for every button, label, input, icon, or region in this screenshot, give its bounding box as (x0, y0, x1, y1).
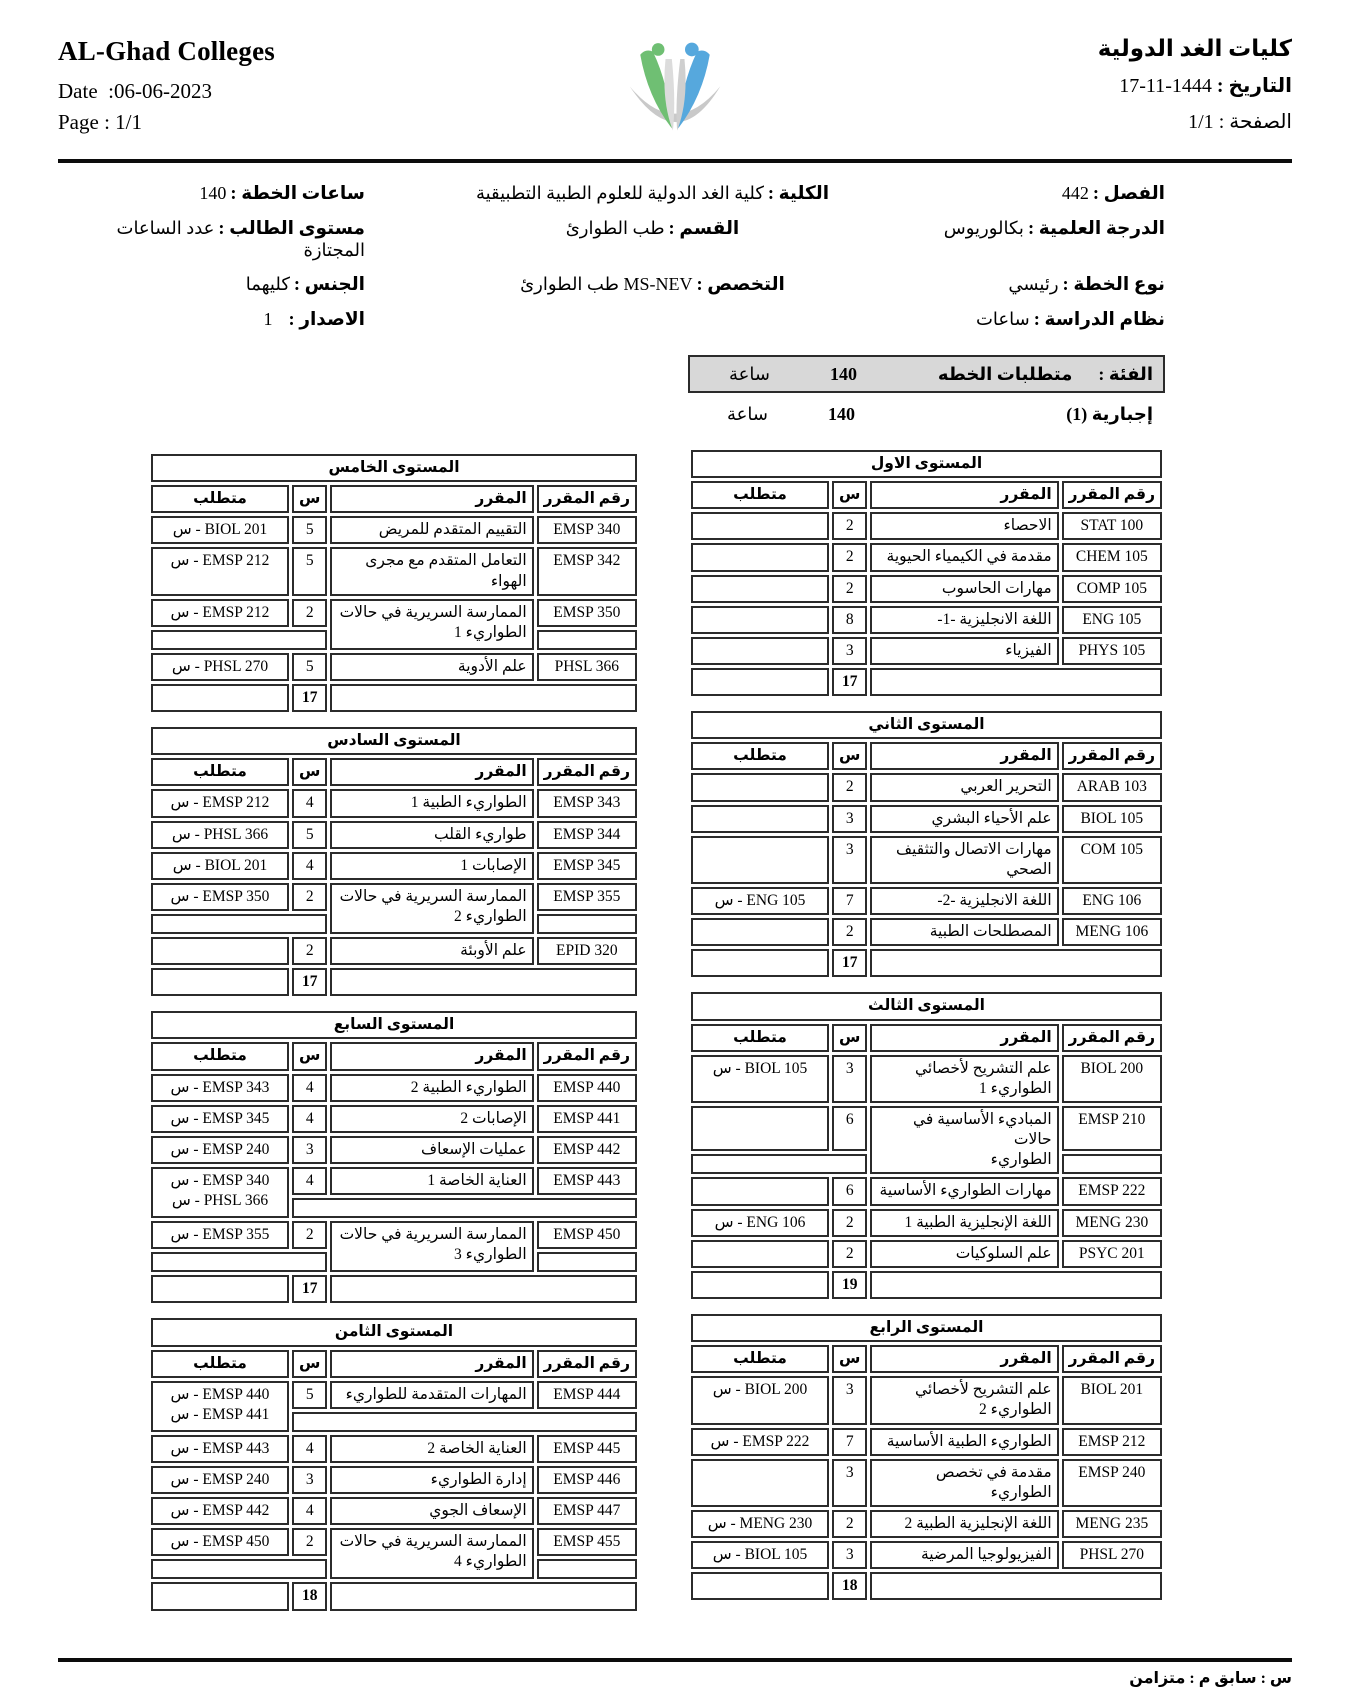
study-plan-page: AL-Ghad Colleges Date :06-06-2023 Page :… (0, 0, 1350, 1696)
course-prereq-cell: EMSP 222 - س (691, 1428, 829, 1456)
course-row: PHSL 366علم الأدوية5PHSL 270 - س (151, 653, 637, 681)
course-code-cell: EMSP 455 (537, 1528, 637, 1556)
course-code-cell: EMSP 344 (537, 821, 637, 849)
course-prereq-cell: EMSP 340 - سPHSL 366 - س (151, 1167, 289, 1218)
course-code-cell: MENG 235 (1062, 1510, 1162, 1538)
column-header-row: رقم المقررالمقررسمتطلب (151, 1042, 637, 1070)
spacer-cell (691, 949, 829, 977)
course-code-cell: EMSP 340 (537, 516, 637, 544)
course-name-cell: الفيزياء (870, 637, 1058, 665)
spacer-cell (151, 968, 289, 996)
course-hours-cell: 4 (292, 789, 327, 817)
col-header-course: المقرر (870, 742, 1058, 770)
page-footer: س : سابق م : متزامن (58, 1658, 1292, 1688)
col-header-hours: س (832, 742, 867, 770)
page-header: AL-Ghad Colleges Date :06-06-2023 Page :… (0, 0, 1350, 145)
course-prereq-cell (691, 1459, 829, 1507)
course-row: EMSP 210المباديء الأساسية في حالاتالطوار… (691, 1106, 1162, 1151)
course-hours-cell: 4 (292, 1167, 327, 1195)
level-title-row: المستوى الثامن (151, 1318, 637, 1346)
course-prereq-cell: EMSP 240 - س (151, 1466, 289, 1494)
level-table-2: المستوى الثانيرقم المقررالمقررسمتطلبARAB… (688, 708, 1165, 980)
plan-info-block: الفصل : 442 الكلية : كلية الغد الدولية ل… (65, 183, 1165, 331)
course-hours-cell: 5 (292, 653, 327, 681)
course-code-cell: PHSL 366 (537, 653, 637, 681)
course-row: EMSP 445العناية الخاصة 24EMSP 443 - س (151, 1435, 637, 1463)
empty-cell (151, 1559, 327, 1579)
info-semester: الفصل : 442 (940, 183, 1165, 205)
levels-area: المستوى الخامسرقم المقررالمقررسمتطلبEMSP… (148, 355, 1165, 1623)
empty-cell (292, 1198, 637, 1218)
spacer-cell (330, 968, 637, 996)
info-department: القسم : طب الطوارئ (365, 218, 940, 261)
course-code-cell: EMSP 343 (537, 789, 637, 817)
level-total-hours: 18 (292, 1582, 327, 1610)
course-row: BIOL 200علم التشريح لأخصائي الطواريء 13B… (691, 1055, 1162, 1103)
empty-cell (151, 914, 327, 934)
course-code-cell: MENG 230 (1062, 1209, 1162, 1237)
course-name-cell: الممارسة السريرية في حالاتالطواريء 1 (330, 599, 533, 650)
course-code-cell: BIOL 105 (1062, 805, 1162, 833)
info-gender: الجنس : كليهما (65, 274, 365, 296)
info-degree: الدرجة العلمية : بكالوريوس (940, 218, 1165, 261)
course-code-cell: MENG 106 (1062, 918, 1162, 946)
spacer-cell (330, 1275, 637, 1303)
course-code-cell: EMSP 441 (537, 1105, 637, 1133)
level-table-8: المستوى الثامنرقم المقررالمقررسمتطلبEMSP… (148, 1315, 640, 1613)
course-prereq-cell: EMSP 350 - س (151, 883, 289, 911)
empty-cell (537, 630, 637, 650)
level-title: المستوى الخامس (151, 454, 637, 482)
level-table-6: المستوى السادسرقم المقررالمقررسمتطلبEMSP… (148, 724, 640, 999)
course-hours-cell: 3 (292, 1466, 327, 1494)
level-total-hours: 17 (292, 968, 327, 996)
course-prereq-cell (691, 1240, 829, 1268)
column-header-row: رقم المقررالمقررسمتطلب (151, 1350, 637, 1378)
course-hours-cell: 4 (292, 1074, 327, 1102)
course-hours-cell: 3 (832, 637, 867, 665)
course-name-cell: الإصابات 1 (330, 852, 533, 880)
spacer-cell (691, 1572, 829, 1600)
course-row: EMSP 447الإسعاف الجوي4EMSP 442 - س (151, 1497, 637, 1525)
course-name-cell: إدارة الطواريء (330, 1466, 533, 1494)
course-hours-cell: 2 (832, 575, 867, 603)
course-code-cell: BIOL 200 (1062, 1055, 1162, 1103)
course-row: PHYS 105الفيزياء3 (691, 637, 1162, 665)
level-total-row: 17 (151, 684, 637, 712)
col-header-course: المقرر (330, 485, 533, 513)
course-row: EMSP 350الممارسة السريرية في حالاتالطوار… (151, 599, 637, 627)
course-row: BIOL 105علم الأحياء البشري3 (691, 805, 1162, 833)
course-name-cell: علم السلوكيات (870, 1240, 1058, 1268)
course-name-cell: علم الأحياء البشري (870, 805, 1058, 833)
page-value-en: : 1/1 (104, 110, 142, 134)
course-prereq-cell (691, 1106, 829, 1151)
course-hours-cell: 8 (832, 606, 867, 634)
category-unit: ساعة (700, 364, 770, 385)
course-name-cell: الإسعاف الجوي (330, 1497, 533, 1525)
course-name-cell: اللغة الإنجليزية الطبية 1 (870, 1209, 1058, 1237)
course-name-cell: الفيزيولوجيا المرضية (870, 1541, 1058, 1569)
course-hours-cell: 2 (292, 1528, 327, 1556)
col-header-prereq: متطلب (151, 758, 289, 786)
course-hours-cell: 4 (292, 1497, 327, 1525)
course-name-cell: اللغة الانجليزية -2- (870, 887, 1058, 915)
level-total-hours: 17 (292, 1275, 327, 1303)
column-header-row: رقم المقررالمقررسمتطلب (691, 1345, 1162, 1373)
column-header-row: رقم المقررالمقررسمتطلب (691, 1024, 1162, 1052)
course-prereq-cell (691, 575, 829, 603)
course-prereq-cell (691, 1177, 829, 1205)
course-name-cell: التقييم المتقدم للمريض (330, 516, 533, 544)
col-header-code: رقم المقرر (537, 485, 637, 513)
empty-cell (537, 1559, 637, 1579)
course-prereq-cell: BIOL 201 - س (151, 516, 289, 544)
level-title-row: المستوى السادس (151, 727, 637, 755)
column-header-row: رقم المقررالمقررسمتطلب (151, 485, 637, 513)
course-prereq-cell: BIOL 200 - س (691, 1376, 829, 1424)
course-hours-cell: 2 (832, 1240, 867, 1268)
course-code-cell: EPID 320 (537, 937, 637, 965)
course-prereq-cell (691, 805, 829, 833)
info-row: نظام الدراسة : ساعات الاصدار : 1 (65, 309, 1165, 331)
course-name-cell: عمليات الإسعاف (330, 1136, 533, 1164)
course-prereq-cell: EMSP 212 - س (151, 599, 289, 627)
course-row: EMSP 222مهارات الطواريء الأساسية6 (691, 1177, 1162, 1205)
course-prereq-cell (691, 512, 829, 540)
course-code-cell: EMSP 240 (1062, 1459, 1162, 1507)
course-hours-cell: 5 (292, 547, 327, 595)
course-name-cell: اللغة الانجليزية -1- (870, 606, 1058, 634)
course-row: EPID 320علم الأوبئة2 (151, 937, 637, 965)
course-name-cell: مقدمة في الكيمياء الحيوية (870, 543, 1058, 571)
course-code-cell: EMSP 210 (1062, 1106, 1162, 1151)
page-label-en: Page (58, 110, 99, 134)
course-name-cell: المصطلحات الطبية (870, 918, 1058, 946)
course-code-cell: EMSP 350 (537, 599, 637, 627)
spacer-cell (151, 684, 289, 712)
course-row: EMSP 342التعامل المتقدم مع مجرى الهواء5E… (151, 547, 637, 595)
org-name-en: AL-Ghad Colleges (58, 36, 478, 67)
spacer-cell (151, 1582, 289, 1610)
course-row: EMSP 212الطواريء الطبية الأساسية7EMSP 22… (691, 1428, 1162, 1456)
mandatory-label: إجبارية (1) (1066, 404, 1153, 425)
course-name-cell: التحرير العربي (870, 773, 1058, 801)
course-hours-cell: 6 (832, 1177, 867, 1205)
category-box: الفئة : متطلبات الخطه 140 ساعة (688, 355, 1165, 393)
course-code-cell: EMSP 442 (537, 1136, 637, 1164)
mandatory-unit: ساعة (698, 404, 768, 425)
course-hours-cell: 2 (832, 918, 867, 946)
col-header-prereq: متطلب (691, 481, 829, 509)
course-code-cell: EMSP 440 (537, 1074, 637, 1102)
col-header-prereq: متطلب (151, 1350, 289, 1378)
course-prereq-cell (691, 918, 829, 946)
course-code-cell: EMSP 345 (537, 852, 637, 880)
course-hours-cell: 5 (292, 516, 327, 544)
footer-divider (58, 1658, 1292, 1662)
page-value-ar: 1/1 (1188, 111, 1214, 133)
course-row: MENG 235اللغة الإنجليزية الطبية 22MENG 2… (691, 1510, 1162, 1538)
course-hours-cell: 3 (292, 1136, 327, 1164)
course-name-cell: الممارسة السريرية في حالاتالطواريء 2 (330, 883, 533, 934)
level-title-row: المستوى الاول (691, 450, 1162, 478)
date-value-ar: 1444-11-17 (1119, 75, 1212, 97)
info-college: الكلية : كلية الغد الدولية للعلوم الطبية… (365, 183, 940, 205)
col-header-hours: س (292, 1042, 327, 1070)
column-header-row: رقم المقررالمقررسمتطلب (151, 758, 637, 786)
course-code-cell: EMSP 222 (1062, 1177, 1162, 1205)
col-header-prereq: متطلب (151, 1042, 289, 1070)
course-row: MENG 106المصطلحات الطبية2 (691, 918, 1162, 946)
empty-cell (537, 1252, 637, 1272)
course-row: EMSP 444المهارات المتقدمة للطواريء5EMSP … (151, 1381, 637, 1409)
course-code-cell: PSYC 201 (1062, 1240, 1162, 1268)
course-name-cell: المهارات المتقدمة للطواريء (330, 1381, 533, 1409)
spacer-cell (870, 1271, 1162, 1299)
course-name-cell: الطواريء الطبية الأساسية (870, 1428, 1058, 1456)
level-total-hours: 17 (292, 684, 327, 712)
course-hours-cell: 2 (832, 512, 867, 540)
category-name: متطلبات الخطه (938, 364, 1072, 385)
course-hours-cell: 2 (292, 599, 327, 627)
course-code-cell: EMSP 445 (537, 1435, 637, 1463)
level-table-4: المستوى الرابعرقم المقررالمقررسمتطلبBIOL… (688, 1311, 1165, 1603)
course-hours-cell: 3 (832, 1376, 867, 1424)
course-prereq-cell: ENG 105 - س (691, 887, 829, 915)
level-table-1: المستوى الاولرقم المقررالمقررسمتطلبSTAT … (688, 447, 1165, 699)
level-total-hours: 18 (832, 1572, 867, 1600)
course-prereq-cell (691, 637, 829, 665)
empty-cell (292, 1412, 637, 1432)
course-hours-cell: 2 (832, 1510, 867, 1538)
course-code-cell: BIOL 201 (1062, 1376, 1162, 1424)
col-header-code: رقم المقرر (1062, 742, 1162, 770)
col-header-code: رقم المقرر (1062, 481, 1162, 509)
course-prereq-cell (691, 543, 829, 571)
course-prereq-cell: BIOL 105 - س (691, 1055, 829, 1103)
course-prereq-cell: EMSP 345 - س (151, 1105, 289, 1133)
col-header-hours: س (292, 758, 327, 786)
course-prereq-cell: MENG 230 - س (691, 1510, 829, 1538)
date-line-en: Date :06-06-2023 (58, 79, 478, 104)
course-row: CHEM 105مقدمة في الكيمياء الحيوية2 (691, 543, 1162, 571)
mandatory-line: إجبارية (1) 140 ساعة (688, 393, 1165, 429)
course-prereq-cell: EMSP 443 - س (151, 1435, 289, 1463)
course-row: ENG 106اللغة الانجليزية -2-7ENG 105 - س (691, 887, 1162, 915)
course-row: STAT 100الاحصاء2 (691, 512, 1162, 540)
course-hours-cell: 5 (292, 1381, 327, 1409)
spacer-cell (870, 949, 1162, 977)
course-code-cell: EMSP 212 (1062, 1428, 1162, 1456)
course-name-cell: الطواريء الطبية 2 (330, 1074, 533, 1102)
col-header-course: المقرر (330, 1042, 533, 1070)
course-code-cell: EMSP 342 (537, 547, 637, 595)
course-hours-cell: 2 (832, 773, 867, 801)
col-header-prereq: متطلب (151, 485, 289, 513)
level-total-hours: 19 (832, 1271, 867, 1299)
col-header-hours: س (832, 1024, 867, 1052)
course-name-cell: علم التشريح لأخصائي الطواريء 1 (870, 1055, 1058, 1103)
course-code-cell: ENG 106 (1062, 887, 1162, 915)
course-hours-cell: 3 (832, 805, 867, 833)
course-name-cell: العناية الخاصة 2 (330, 1435, 533, 1463)
course-row: EMSP 441الإصابات 24EMSP 345 - س (151, 1105, 637, 1133)
empty-cell (691, 1154, 867, 1174)
course-code-cell: EMSP 446 (537, 1466, 637, 1494)
course-code-cell: ARAB 103 (1062, 773, 1162, 801)
course-row: EMSP 240مقدمة في تخصص الطواريء3 (691, 1459, 1162, 1507)
level-title: المستوى السابع (151, 1011, 637, 1039)
course-row: EMSP 343الطواريء الطبية 14EMSP 212 - س (151, 789, 637, 817)
course-name-cell: الممارسة السريرية في حالاتالطواريء 4 (330, 1528, 533, 1579)
level-table-3: المستوى الثالثرقم المقررالمقررسمتطلبBIOL… (688, 989, 1165, 1302)
info-student-level: مستوى الطالب : عدد الساعات المجتازة (65, 218, 365, 261)
course-prereq-cell: ENG 106 - س (691, 1209, 829, 1237)
course-row: ARAB 103التحرير العربي2 (691, 773, 1162, 801)
course-prereq-cell: EMSP 343 - س (151, 1074, 289, 1102)
course-row: EMSP 446إدارة الطواريء3EMSP 240 - س (151, 1466, 637, 1494)
course-row: COM 105مهارات الاتصال والتثقيف الصحي3 (691, 836, 1162, 884)
course-hours-cell: 3 (832, 1459, 867, 1507)
spacer-cell (870, 668, 1162, 696)
course-name-cell: علم التشريح لأخصائي الطواريء 2 (870, 1376, 1058, 1424)
col-header-code: رقم المقرر (1062, 1024, 1162, 1052)
course-name-cell: مقدمة في تخصص الطواريء (870, 1459, 1058, 1507)
course-row: EMSP 355الممارسة السريرية في حالاتالطوار… (151, 883, 637, 911)
course-code-cell: PHSL 270 (1062, 1541, 1162, 1569)
date-label-en: Date (58, 79, 98, 103)
level-title-row: المستوى الثاني (691, 711, 1162, 739)
level-title-row: المستوى الرابع (691, 1314, 1162, 1342)
course-prereq-cell: BIOL 201 - س (151, 852, 289, 880)
course-row: PHSL 270الفيزيولوجيا المرضية3BIOL 105 - … (691, 1541, 1162, 1569)
column-header-row: رقم المقررالمقررسمتطلب (691, 481, 1162, 509)
course-hours-cell: 3 (832, 836, 867, 884)
column-header-row: رقم المقررالمقررسمتطلب (691, 742, 1162, 770)
level-table-7: المستوى السابعرقم المقررالمقررسمتطلبEMSP… (148, 1008, 640, 1306)
course-hours-cell: 2 (832, 1209, 867, 1237)
course-hours-cell: 5 (292, 821, 327, 849)
col-header-course: المقرر (870, 481, 1058, 509)
course-prereq-cell: PHSL 270 - س (151, 653, 289, 681)
info-version: الاصدار : 1 (65, 309, 365, 331)
course-prereq-cell: BIOL 105 - س (691, 1541, 829, 1569)
college-tulip-logo-icon (600, 40, 750, 145)
course-name-cell: طواريء القلب (330, 821, 533, 849)
col-header-code: رقم المقرر (537, 1350, 637, 1378)
info-row: نوع الخطة : رئيسي التخصص : MS-NEV طب الط… (65, 274, 1165, 296)
page-line-ar: الصفحة : 1/1 (872, 109, 1292, 134)
course-hours-cell: 2 (832, 543, 867, 571)
level-title-row: المستوى الخامس (151, 454, 637, 482)
col-header-course: المقرر (870, 1345, 1058, 1373)
course-name-cell: علم الأدوية (330, 653, 533, 681)
course-name-cell: الطواريء الطبية 1 (330, 789, 533, 817)
level-title: المستوى الثامن (151, 1318, 637, 1346)
col-header-course: المقرر (330, 758, 533, 786)
course-row: EMSP 443العناية الخاصة 14EMSP 340 - سPHS… (151, 1167, 637, 1195)
levels-column-5-8: المستوى الخامسرقم المقررالمقررسمتطلبEMSP… (148, 355, 640, 1623)
course-name-cell: الإصابات 2 (330, 1105, 533, 1133)
empty-cell (1062, 1154, 1162, 1174)
course-name-cell: المباديء الأساسية في حالاتالطواريء (870, 1106, 1058, 1174)
course-row: PSYC 201علم السلوكيات2 (691, 1240, 1162, 1268)
tables-1-4-container: المستوى الاولرقم المقررالمقررسمتطلبSTAT … (688, 447, 1165, 1603)
level-total-row: 17 (151, 1275, 637, 1303)
level-total-hours: 17 (832, 668, 867, 696)
level-total-row: 19 (691, 1271, 1162, 1299)
header-divider (58, 159, 1292, 163)
course-prereq-cell (691, 836, 829, 884)
course-code-cell: EMSP 443 (537, 1167, 637, 1195)
course-hours-cell: 4 (292, 1105, 327, 1133)
col-header-course: المقرر (870, 1024, 1058, 1052)
course-prereq-cell (691, 773, 829, 801)
date-label-ar: التاريخ : (1217, 75, 1292, 97)
course-row: EMSP 344طواريء القلب5PHSL 366 - س (151, 821, 637, 849)
category-label: الفئة : (1098, 364, 1153, 385)
levels-column-1-4: الفئة : متطلبات الخطه 140 ساعة إجبارية (… (688, 355, 1165, 1623)
level-title: المستوى الاول (691, 450, 1162, 478)
course-name-cell: العناية الخاصة 1 (330, 1167, 533, 1195)
course-row: EMSP 440الطواريء الطبية 24EMSP 343 - س (151, 1074, 637, 1102)
course-name-cell: علم الأوبئة (330, 937, 533, 965)
col-header-code: رقم المقرر (537, 758, 637, 786)
col-header-hours: س (292, 485, 327, 513)
footer-legend: س : سابق م : متزامن (58, 1668, 1292, 1688)
course-prereq-cell: EMSP 212 - س (151, 547, 289, 595)
spacer-cell (870, 1572, 1162, 1600)
course-code-cell: STAT 100 (1062, 512, 1162, 540)
level-title-row: المستوى الثالث (691, 992, 1162, 1020)
level-total-row: 17 (151, 968, 637, 996)
date-line-ar: التاريخ : 1444-11-17 (872, 73, 1292, 98)
info-row: الدرجة العلمية : بكالوريوس القسم : طب ال… (65, 218, 1165, 261)
course-row: EMSP 450الممارسة السريرية في حالاتالطوار… (151, 1221, 637, 1249)
course-prereq-cell: EMSP 450 - س (151, 1528, 289, 1556)
level-title: المستوى الثالث (691, 992, 1162, 1020)
empty-cell (151, 630, 327, 650)
course-code-cell: COMP 105 (1062, 575, 1162, 603)
spacer-cell (691, 1271, 829, 1299)
course-row: EMSP 345الإصابات 14BIOL 201 - س (151, 852, 637, 880)
course-name-cell: الممارسة السريرية في حالاتالطواريء 3 (330, 1221, 533, 1272)
course-code-cell: EMSP 450 (537, 1221, 637, 1249)
col-header-hours: س (832, 481, 867, 509)
level-table-5: المستوى الخامسرقم المقررالمقررسمتطلبEMSP… (148, 451, 640, 715)
level-total-row: 18 (691, 1572, 1162, 1600)
empty-cell (151, 1252, 327, 1272)
course-hours-cell: 4 (292, 852, 327, 880)
level-total-hours: 17 (832, 949, 867, 977)
col-header-hours: س (292, 1350, 327, 1378)
course-prereq-cell: EMSP 355 - س (151, 1221, 289, 1249)
course-prereq-cell (151, 937, 289, 965)
level-total-row: 17 (691, 949, 1162, 977)
empty-cell (537, 914, 637, 934)
col-header-code: رقم المقرر (1062, 1345, 1162, 1373)
mandatory-hours: 140 (828, 404, 855, 425)
col-header-prereq: متطلب (691, 1345, 829, 1373)
col-header-prereq: متطلب (691, 1024, 829, 1052)
course-row: EMSP 442عمليات الإسعاف3EMSP 240 - س (151, 1136, 637, 1164)
spacer-cell (330, 1582, 637, 1610)
spacer-cell (691, 668, 829, 696)
course-row: EMSP 340التقييم المتقدم للمريض5BIOL 201 … (151, 516, 637, 544)
course-hours-cell: 7 (832, 1428, 867, 1456)
course-hours-cell: 3 (832, 1055, 867, 1103)
